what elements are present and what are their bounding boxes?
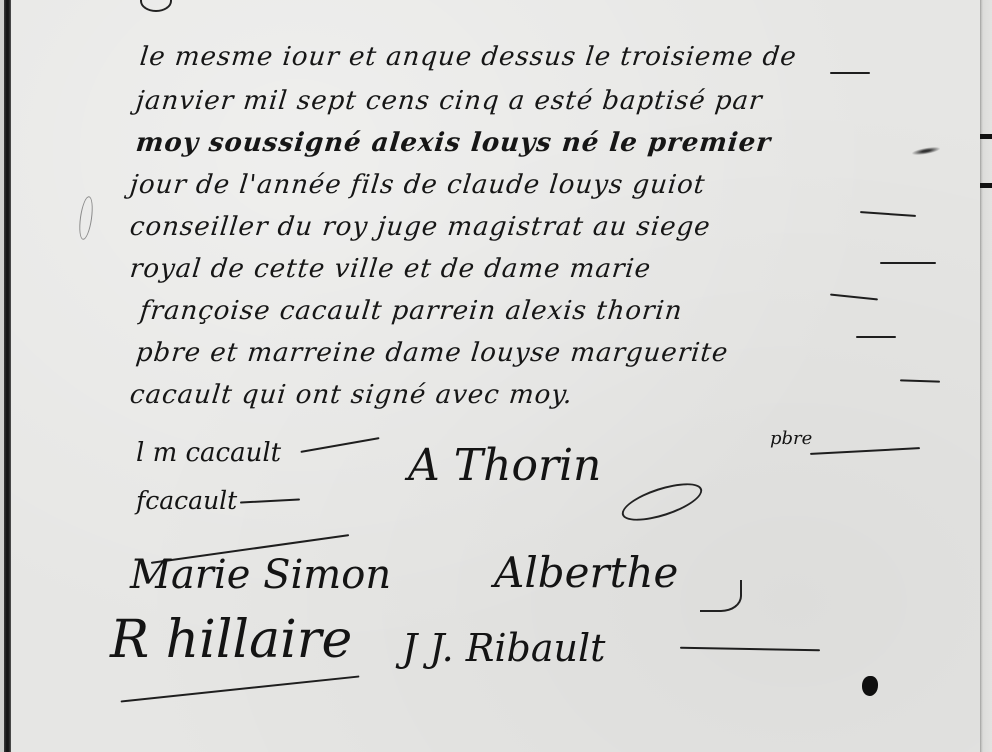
signature-paraph [618,476,707,529]
signature-marie-simon: Marie Simon [130,552,391,598]
line-end-flourish [830,293,878,300]
page-edge-mark [980,183,992,188]
signature-flourish [300,437,379,453]
signature-underline [810,447,920,454]
record-line-3: moy soussigné alexis louys né le premier [134,128,772,158]
signature-underline [121,675,360,702]
signature-jj-ribault: J J. Ribault [402,626,605,670]
page-edge-mark [980,134,992,139]
record-line-9: cacault qui ont signé avec moy. [128,380,574,410]
signature-pbre-title: pbre [770,428,812,449]
record-line-2: janvier mil sept cens cinq a esté baptis… [134,86,764,116]
record-line-1: le mesme iour et anque dessus le troisie… [138,42,798,72]
line-end-flourish [856,336,896,338]
record-line-4: jour de l'année fils de claude louys gui… [128,170,706,200]
signature-l-m-cacault: l m cacault [136,438,281,468]
record-line-8: pbre et marreine dame louyse marguerite [134,338,730,368]
line-end-flourish [830,72,870,74]
binding-margin-line [4,0,11,752]
line-end-flourish [880,262,936,264]
line-end-flourish [860,211,916,217]
signature-underline [680,647,820,651]
ink-blot [862,676,878,696]
signature-fcacault: fcacault [136,486,237,515]
stroke-from-previous-line [140,0,172,12]
signature-paraph [700,580,742,612]
record-line-5: conseiller du roy juge magistrat au sieg… [128,212,712,242]
signature-a-thorin: A Thorin [408,440,601,491]
signature-r-hillaire: R hillaire [110,610,352,670]
ink-smudge [912,146,941,157]
record-line-7: françoise cacault parrein alexis thorin [138,296,684,326]
right-page-edge [980,0,992,752]
strike-through-flourish [240,498,300,503]
margin-mark [77,195,95,240]
document-page: le mesme iour et anque dessus le troisie… [0,0,992,752]
line-end-flourish [900,379,940,382]
record-line-6: royal de cette ville et de dame marie [128,254,652,284]
signature-alberthe: Alberthe [494,548,678,597]
